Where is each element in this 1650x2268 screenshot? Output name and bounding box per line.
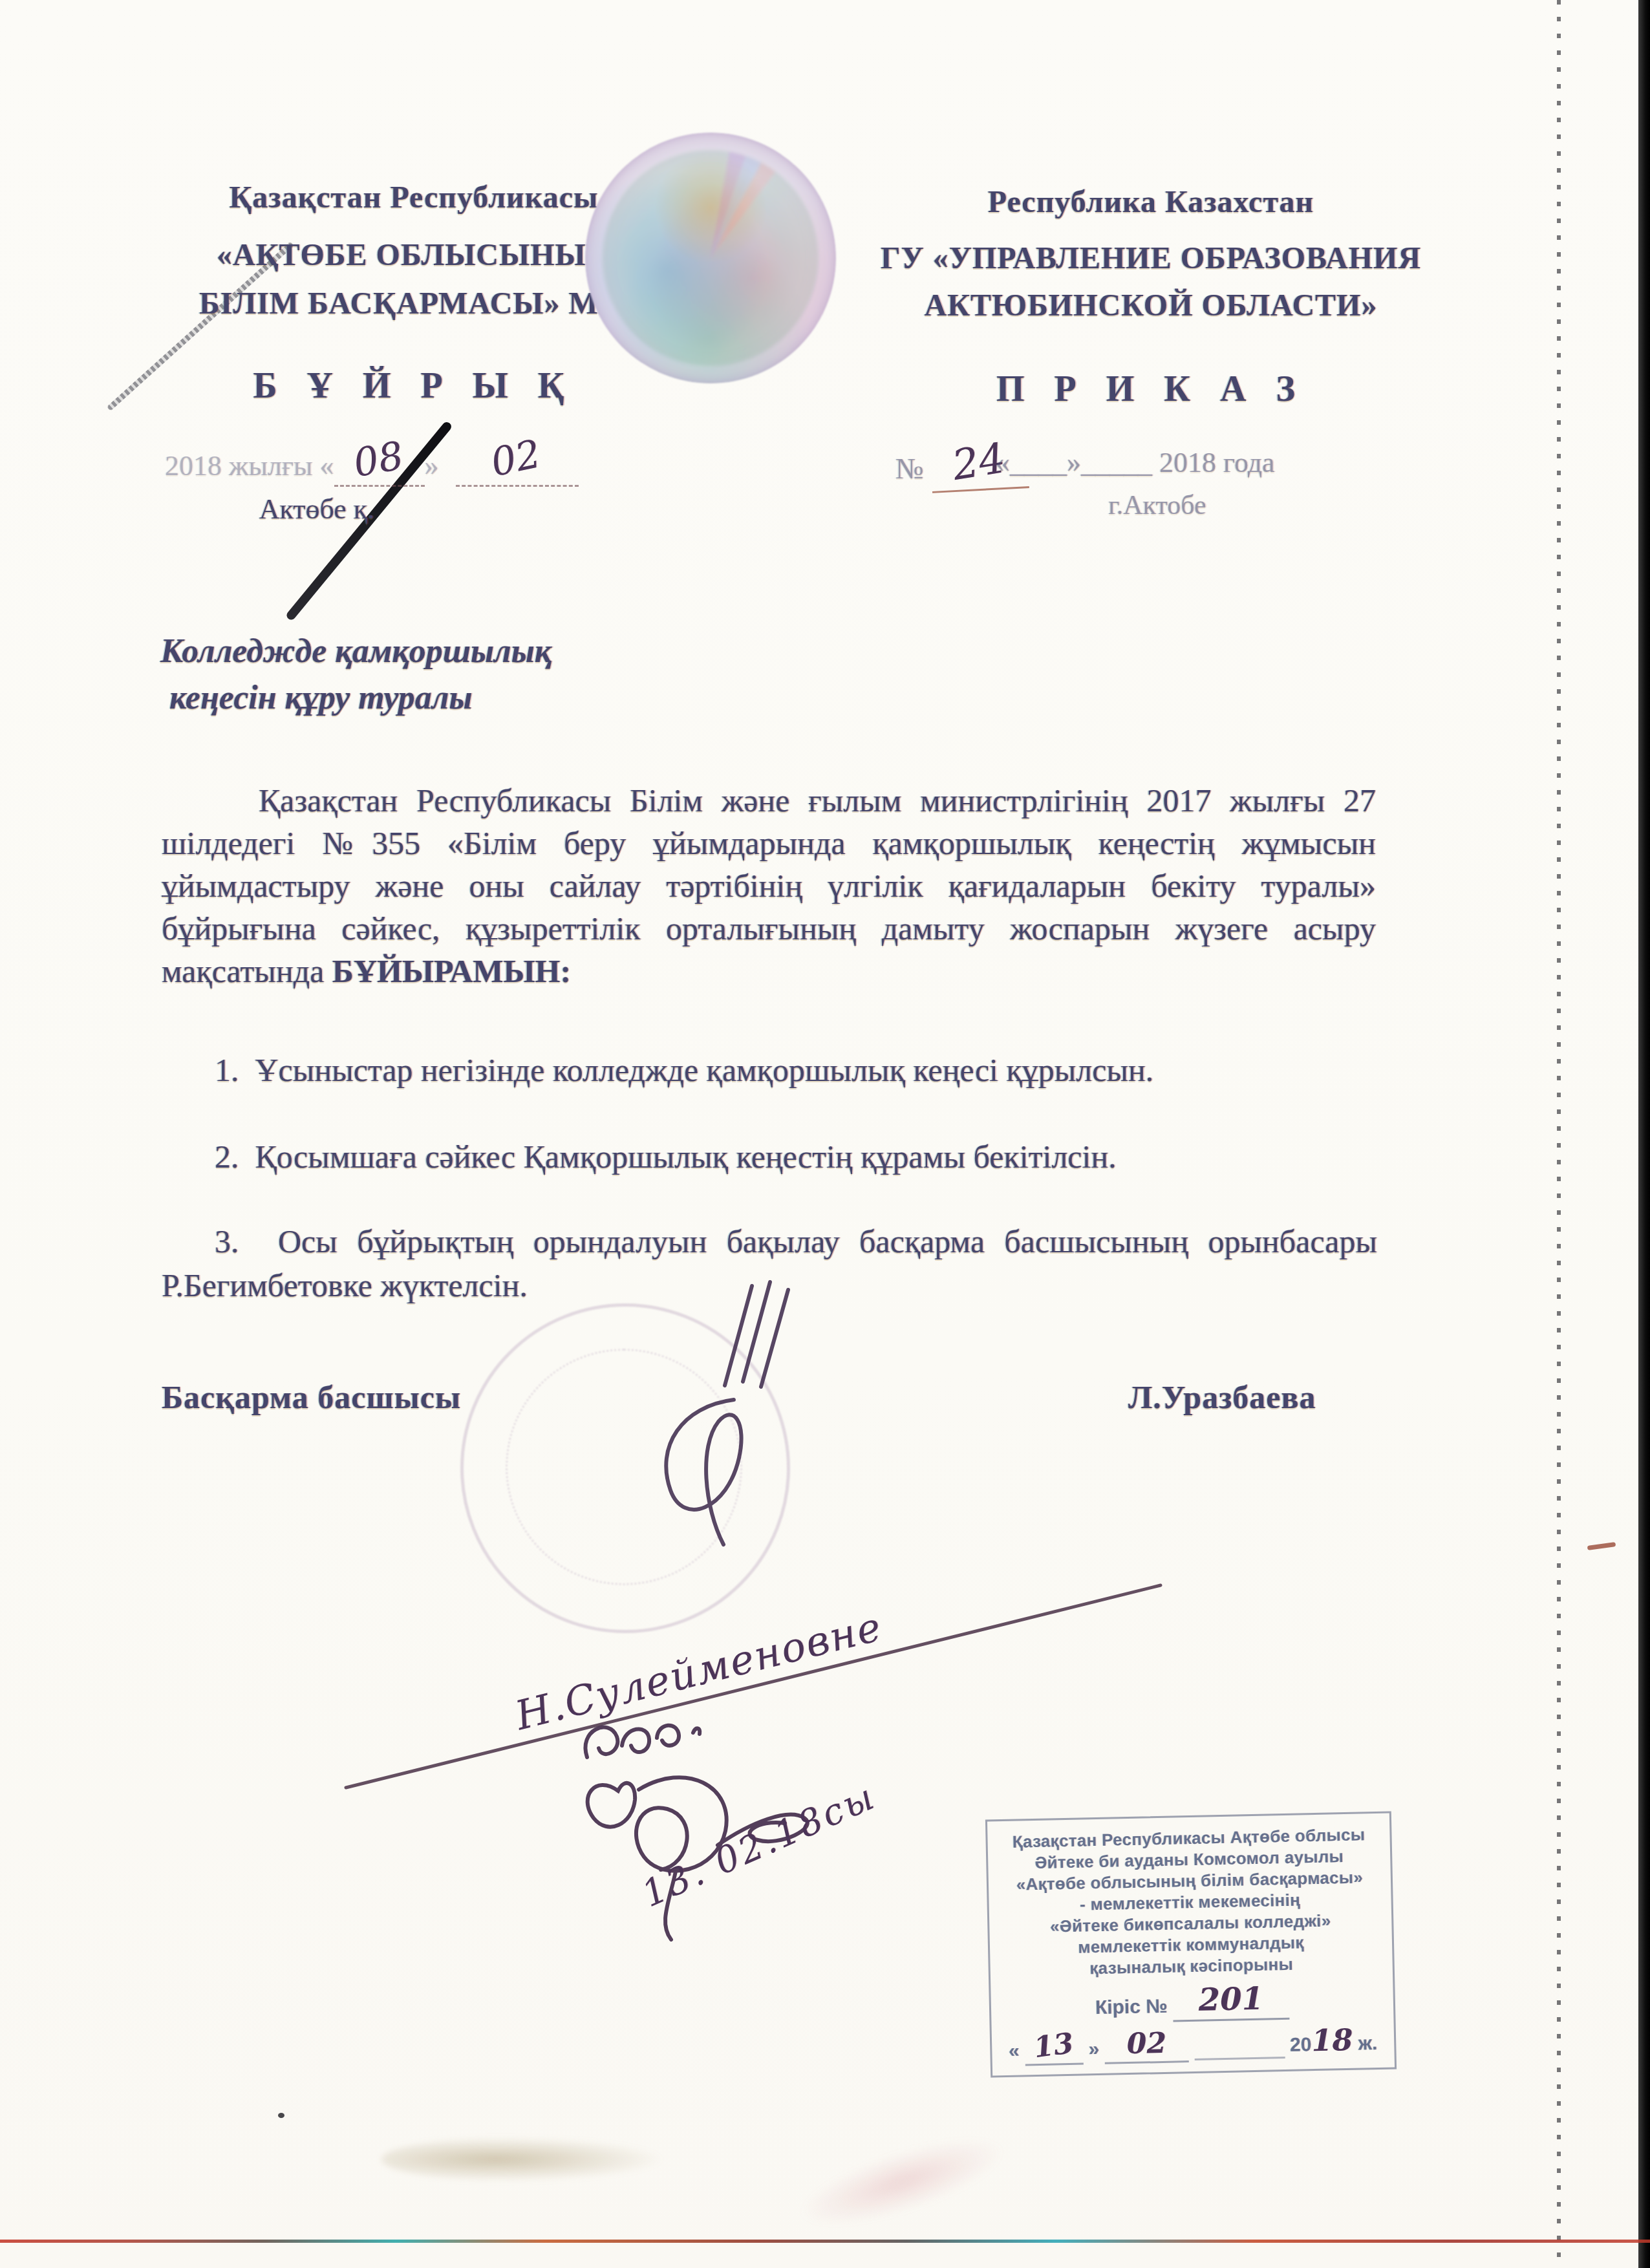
perforation-dotted-line [1557,0,1561,2268]
stamp-incoming-number-slot: 201 [1172,1982,1289,2022]
city-ru: г.Актобе [1054,490,1261,521]
subject-line1: Колледжде қамқоршылық [160,628,552,675]
stamp-date-row: « 13 » 02 2018 ж. [997,2022,1389,2067]
subject-line2: кеңесін құру туралы [160,675,552,722]
order-item-number: 1. [215,1052,239,1088]
order-item-text: Қосымшаға сәйкес Қамқоршылық кеңестің құ… [255,1139,1117,1175]
stamp-date-day: 13 [1032,2027,1075,2064]
director-signature [637,1277,818,1561]
scanned-order-document: Қазақстан Республикасы «АҚТӨБЕ ОБЛЫСЫНЫҢ… [0,0,1650,2268]
scan-edge-band [1638,0,1650,2268]
order-item-1: 1. Ұсыныстар негізінде колледжде қамқорш… [215,1049,1378,1091]
letterhead-russian: Республика Казахстан ГУ «УПРАВЛЕНИЕ ОБРА… [860,184,1442,323]
stamp-date-suffix: ж. [1358,2033,1378,2055]
smudge-pink [791,2121,1012,2243]
stamp-date-close: » [1088,2038,1099,2060]
smudge-brown [381,2137,666,2182]
date-close-quote: » [425,450,439,482]
stamp-incoming-number: 201 [1198,1981,1263,2018]
city-kk: Актөбе қ. [207,493,427,526]
org-name-ru-line1: Республика Казахстан [860,184,1442,220]
stamp-incoming-label: Кіріс № [1095,1996,1168,2018]
stamp-date-day-slot: 13 [1025,2030,1084,2066]
order-item-2: 2. Қосымшаға сәйкес Қамқоршылық кеңестің… [215,1135,1378,1178]
ink-speck [278,2113,284,2118]
order-item-number: 3. [215,1223,239,1259]
signer-name: Л.Уразбаева [1128,1378,1316,1416]
paragraph-keyword: БҰЙЫРАМЫН: [332,953,571,989]
incoming-stamp: Қазақстан Республикасы Ақтөбе облысы Әйт… [985,1811,1397,2077]
order-word-ru: П Р И К А З [860,369,1442,410]
stamp-date-year: 18 [1311,2022,1353,2058]
stamp-date-gap [1194,2035,1285,2060]
stamp-date-open: « [1009,2040,1020,2062]
date-line-kk: 2018 жылғы «08»02 [165,440,579,487]
order-word-kk: Б Ұ Й Р Ы Қ [129,365,698,407]
order-item-text: Ұсыныстар негізінде колледжде қамқоршылы… [255,1052,1154,1088]
handwritten-day: 08 [334,440,425,487]
org-name-ru-line2: ГУ «УПРАВЛЕНИЕ ОБРАЗОВАНИЯ [860,241,1442,276]
org-name-ru-line3: АКТЮБИНСКОЙ ОБЛАСТИ» [860,288,1442,323]
order-item-number: 2. [215,1139,239,1175]
stamp-date-year-prefix: 20 [1290,2034,1312,2056]
body-paragraph: Қазақстан Республикасы Білім және ғылым … [162,779,1376,992]
date-line-ru: «____»_____ 2018 года [996,446,1275,479]
red-pen-dash [1587,1542,1616,1550]
date-prefix-kk: 2018 жылғы « [165,450,334,482]
signer-title: Басқарма басшысы [162,1378,461,1416]
order-subject: Колледжде қамқоршылық кеңесін құру турал… [160,628,552,722]
handwritten-month: 02 [456,440,579,487]
stamp-date-month: 02 [1126,2027,1166,2060]
state-emblem [585,133,836,383]
number-sign: № [895,452,924,485]
scan-color-line [0,2240,1650,2243]
stamp-incoming-row: Кіріс № 201 [996,1980,1388,2026]
stamp-date-month-slot: 02 [1104,2027,1189,2064]
